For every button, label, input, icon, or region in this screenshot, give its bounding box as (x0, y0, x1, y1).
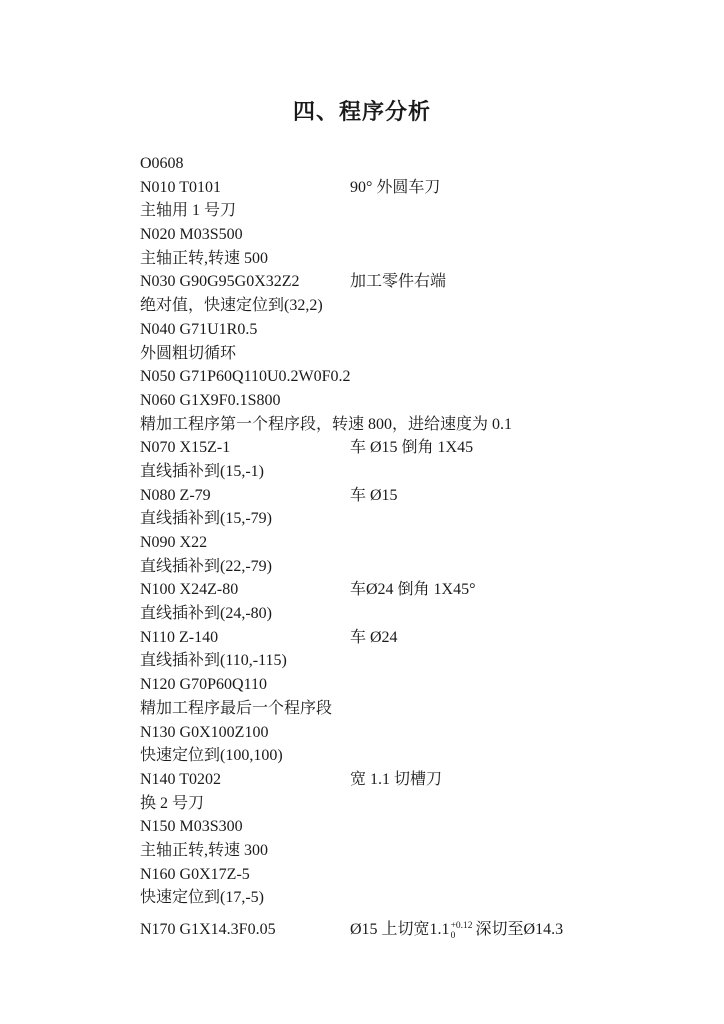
code-line: 绝对值，快速定位到(32,2) (140, 294, 684, 318)
code-line: 直线插补到(110,-115) (140, 649, 684, 673)
tolerance-upper-limit: +0.12 (451, 921, 473, 931)
tolerance-post-text: 深切至Ø14.3 (476, 921, 564, 938)
code-text: 精加工程序第一个程序段，转速 800，进给速度为 0.1 (140, 413, 512, 437)
code-text: 主轴正转,转速 500 (140, 247, 268, 271)
code-text: N120 G70P60Q110 (140, 673, 267, 697)
code-line: 直线插补到(15,-79) (140, 507, 684, 531)
code-text: N030 G90G95G0X32Z2 (140, 270, 300, 294)
code-line: 主轴正转,转速 300 (140, 839, 684, 863)
code-text: N160 G0X17Z-5 (140, 863, 250, 887)
code-text: 快速定位到(100,100) (140, 744, 283, 768)
code-text: 主轴正转,转速 300 (140, 839, 268, 863)
code-text: 换 2 号刀 (140, 792, 204, 816)
code-text: 快速定位到(17,-5) (140, 886, 264, 910)
code-line: N140 T0202宽 1.1 切槽刀 (140, 768, 684, 792)
comment-with-tolerance: Ø15 上切宽1.1+0.120深切至Ø14.3 (350, 918, 563, 942)
comment-text: 车 Ø24 (350, 626, 398, 650)
comment-text: 车 Ø15 (350, 484, 398, 508)
code-text: N040 G71U1R0.5 (140, 318, 257, 342)
code-text: 直线插补到(110,-115) (140, 649, 287, 673)
code-line: N120 G70P60Q110 (140, 673, 684, 697)
code-line: N090 X22 (140, 531, 684, 555)
code-line: 直线插补到(15,-1) (140, 460, 684, 484)
code-text: O0608 (140, 152, 184, 176)
code-line: 精加工程序最后一个程序段 (140, 697, 684, 721)
code-line: 快速定位到(100,100) (140, 744, 684, 768)
code-line: N100 X24Z-80车Ø24 倒角 1X45° (140, 578, 684, 602)
code-text: 绝对值，快速定位到(32,2) (140, 294, 323, 318)
code-text: N060 G1X9F0.1S800 (140, 389, 280, 413)
code-line: N160 G0X17Z-5 (140, 863, 684, 887)
code-line: 快速定位到(17,-5) (140, 886, 684, 910)
code-text: N010 T0101 (140, 176, 221, 200)
code-line: N040 G71U1R0.5 (140, 318, 684, 342)
code-line: 换 2 号刀 (140, 792, 684, 816)
tolerance-nominal-text: Ø15 上切宽1.1 (350, 921, 450, 938)
code-line: N080 Z-79车 Ø15 (140, 484, 684, 508)
code-text: 直线插补到(22,-79) (140, 555, 272, 579)
code-text: N130 G0X100Z100 (140, 721, 268, 745)
code-line: 直线插补到(24,-80) (140, 602, 684, 626)
code-line: N030 G90G95G0X32Z2加工零件右端 (140, 270, 684, 294)
comment-text: 宽 1.1 切槽刀 (350, 768, 442, 792)
code-line: O0608 (140, 152, 684, 176)
code-line: N110 Z-140车 Ø24 (140, 626, 684, 650)
code-text: 直线插补到(24,-80) (140, 602, 272, 626)
comment-text: 车Ø24 倒角 1X45° (350, 578, 476, 602)
code-line: N060 G1X9F0.1S800 (140, 389, 684, 413)
tolerance-stack: +0.120 (451, 921, 473, 942)
code-line: 主轴正转,转速 500 (140, 247, 684, 271)
code-line: 直线插补到(22,-79) (140, 555, 684, 579)
code-line: 精加工程序第一个程序段，转速 800，进给速度为 0.1 (140, 413, 684, 437)
comment-text: 90° 外圆车刀 (350, 176, 440, 200)
code-text: N070 X15Z-1 (140, 436, 230, 460)
document-page: 四、程序分析 O0608N010 T010190° 外圆车刀主轴用 1 号刀N0… (0, 0, 724, 1024)
page-title: 四、程序分析 (0, 0, 724, 127)
code-line: 外圆粗切循环 (140, 342, 684, 366)
comment-text: 加工零件右端 (350, 270, 446, 294)
code-text: N170 G1X14.3F0.05 (140, 918, 276, 942)
code-text: N100 X24Z-80 (140, 578, 238, 602)
tolerance-lower-limit: 0 (451, 931, 473, 941)
code-line: N020 M03S500 (140, 223, 684, 247)
code-text: N050 G71P60Q110U0.2W0F0.2 (140, 365, 351, 389)
code-line: N130 G0X100Z100 (140, 721, 684, 745)
code-line: N010 T010190° 外圆车刀 (140, 176, 684, 200)
code-text: 精加工程序最后一个程序段 (140, 697, 332, 721)
code-text: 直线插补到(15,-1) (140, 460, 264, 484)
code-text: N090 X22 (140, 531, 207, 555)
code-text: 主轴用 1 号刀 (140, 199, 236, 223)
code-text: 直线插补到(15,-79) (140, 507, 272, 531)
code-text: N110 Z-140 (140, 626, 218, 650)
code-line: N170 G1X14.3F0.05Ø15 上切宽1.1+0.120深切至Ø14.… (140, 918, 684, 942)
code-line: N050 G71P60Q110U0.2W0F0.2 (140, 365, 684, 389)
code-text: 外圆粗切循环 (140, 342, 236, 366)
code-text: N150 M03S300 (140, 815, 243, 839)
code-text: N140 T0202 (140, 768, 221, 792)
program-listing: O0608N010 T010190° 外圆车刀主轴用 1 号刀N020 M03S… (140, 152, 684, 942)
code-line: 主轴用 1 号刀 (140, 199, 684, 223)
code-line: N150 M03S300 (140, 815, 684, 839)
comment-text: 车 Ø15 倒角 1X45 (350, 436, 473, 460)
code-text: N020 M03S500 (140, 223, 243, 247)
code-text: N080 Z-79 (140, 484, 211, 508)
code-line: N070 X15Z-1车 Ø15 倒角 1X45 (140, 436, 684, 460)
